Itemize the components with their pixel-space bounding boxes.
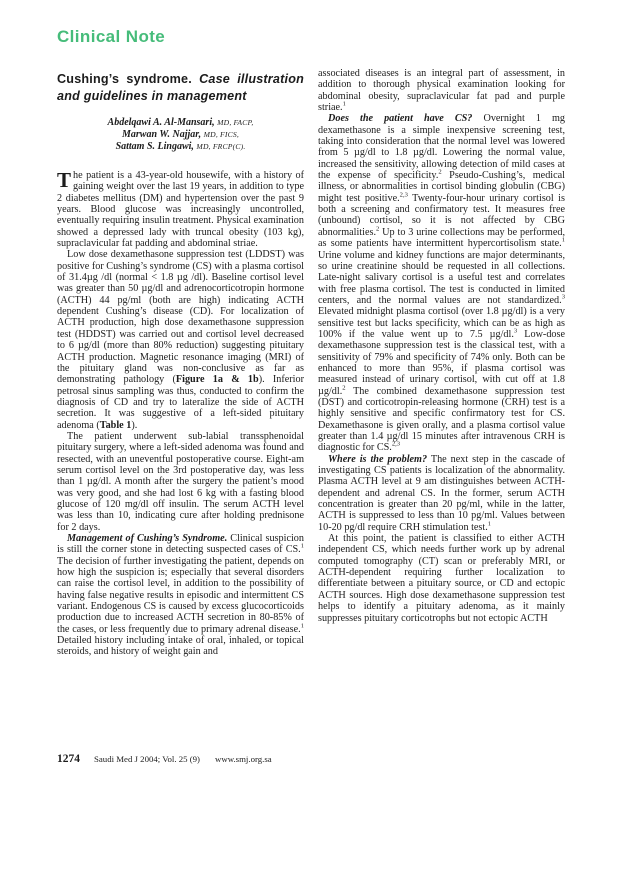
dropcap: T (57, 170, 73, 189)
text-segment: At this point, the patient is classified… (318, 533, 565, 623)
text-segment: Where is the problem? (328, 454, 427, 465)
text-segment: he patient is a 43-year-old housewife, w… (57, 170, 304, 249)
section-heading: Clinical Note (57, 27, 165, 47)
text-segment: Low dose dexamethasone suppression test … (57, 249, 304, 385)
text-segment: Figure 1a & 1b (176, 374, 259, 385)
text-segment: associated diseases is an integral part … (318, 68, 565, 113)
journal-website: www.smj.org.sa (215, 754, 272, 764)
right-column-text: associated diseases is an integral part … (318, 68, 565, 624)
reference-superscript: 3 (562, 293, 565, 300)
paragraph: Management of Cushing’s Syndrome. Clinic… (57, 533, 304, 658)
paragraph: associated diseases is an integral part … (318, 68, 565, 113)
paragraph: Where is the problem? The next step in t… (318, 454, 565, 533)
paragraph: Does the patient have CS? Overnight 1 mg… (318, 113, 565, 453)
author-degrees: MD, FRCP(C). (196, 142, 245, 151)
author-degrees: MD, FICS, (204, 130, 239, 139)
reference-superscript: 2,3 (392, 441, 400, 448)
author-name: Sattam S. Lingawi, (116, 141, 197, 152)
reference-superscript: 1 (488, 520, 491, 527)
author-block: Abdelqawi A. Al-Mansari, MD, FACP, Marwa… (57, 117, 304, 153)
page-number: 1274 (57, 753, 80, 765)
text-segment: Does the patient have CS? (328, 113, 472, 124)
reference-superscript: 1 (301, 622, 304, 629)
reference-superscript: 1 (562, 237, 565, 244)
paragraph: The patient is a 43-year-old housewife, … (57, 170, 304, 249)
left-column-text: The patient is a 43-year-old housewife, … (57, 170, 304, 658)
reference-superscript: 2,3 (400, 191, 408, 198)
paragraph: The patient underwent sub-labial transsp… (57, 431, 304, 533)
author-line: Sattam S. Lingawi, MD, FRCP(C). (57, 141, 304, 153)
paragraph: Low dose dexamethasone suppression test … (57, 249, 304, 431)
text-segment: The decision of further investigating th… (57, 556, 304, 635)
author-name: Abdelqawi A. Al-Mansari, (108, 117, 218, 128)
author-line: Marwan W. Najjar, MD, FICS, (57, 129, 304, 141)
page-footer: 1274 Saudi Med J 2004; Vol. 25 (9) www.s… (57, 753, 517, 765)
two-column-layout: Cushing’s syndrome. Case illustration an… (57, 68, 565, 658)
text-segment: Management of Cushing’s Syndrome. (67, 533, 227, 544)
text-segment: Cushing’s syndrome. (57, 72, 199, 86)
right-column: associated diseases is an integral part … (318, 68, 565, 658)
text-segment: The next step in the cascade of investig… (318, 454, 565, 533)
text-segment: Table 1 (100, 420, 132, 431)
journal-page: Clinical Note Cushing’s syndrome. Case i… (0, 0, 620, 877)
text-segment: Detailed history including intake of ora… (57, 635, 304, 657)
journal-info: Saudi Med J 2004; Vol. 25 (9) (94, 754, 200, 764)
text-segment: ). (131, 420, 137, 431)
reference-superscript: 1 (301, 543, 304, 550)
left-column: Cushing’s syndrome. Case illustration an… (57, 68, 304, 658)
text-segment: Urine volume and kidney functions are ma… (318, 250, 565, 306)
author-degrees: MD, FACP, (217, 118, 253, 127)
text-segment: The patient underwent sub-labial transsp… (57, 431, 304, 533)
paragraph: At this point, the patient is classified… (318, 533, 565, 624)
author-name: Marwan W. Najjar, (122, 129, 204, 140)
article-title: Cushing’s syndrome. Case illustration an… (57, 71, 304, 104)
reference-superscript: 1 (343, 101, 346, 108)
text-segment: The combined dexamethasone suppression t… (318, 386, 565, 454)
author-line: Abdelqawi A. Al-Mansari, MD, FACP, (57, 117, 304, 129)
